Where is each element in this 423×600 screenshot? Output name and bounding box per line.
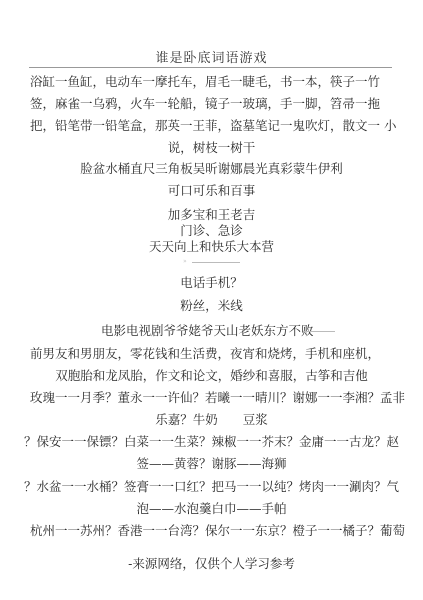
text-line: 门诊、急诊: [0, 223, 423, 239]
text-line: 天天向上和快乐大本营: [0, 239, 423, 255]
text-line: 杭州一一苏州？香港一一台湾？保尔一一东京？橙子一一橘子？葡萄: [0, 523, 423, 539]
footer-note: -来源网络，仅供个人学习参考: [0, 556, 423, 572]
text-line: 浴缸一鱼缸，电动车一摩托车，眉毛一睫毛，书一本，筷子一竹: [0, 74, 423, 90]
document-title: 谁是卧底词语游戏: [0, 47, 423, 66]
decorative-dash: [303, 331, 335, 332]
text-line: 签——黄蓉？谢豚——海狮: [0, 456, 423, 472]
text-line: ？水盆一一水桶？签膏一一口红？把马一一以纯？烤肉一一涮肉？气: [0, 479, 423, 495]
text-line: 说，树枝一树干: [0, 140, 423, 156]
text-line: 脸盆水桶直尺三角板吴昕谢娜晨光真彩蒙牛伊利: [0, 161, 423, 177]
text-line: 电话手机？: [0, 275, 423, 291]
text-line: 前男友和男朋友，零花钱和生活费，夜宵和烧烤，手机和座机，: [0, 346, 423, 362]
decorative-mark: »: [183, 258, 187, 265]
title-divider: [29, 67, 392, 68]
text-line: 把，铅笔带一铅笔盒，那英一王菲，盗墓笔记一鬼吹灯，散文一 小: [0, 118, 423, 134]
document-page: 谁是卧底词语游戏 浴缸一鱼缸，电动车一摩托车，眉毛一睫毛，书一本，筷子一竹 签，…: [0, 0, 423, 600]
text-line: 可口可乐和百事: [0, 183, 423, 199]
decorative-dash: [192, 262, 240, 263]
text-line: 粉丝，米线: [0, 298, 423, 314]
text-line: 签，麻雀一乌鸦，火车一轮船，镜子一玻璃，手一脚，笤帚一拖: [0, 96, 423, 112]
text-line: 双胞胎和龙凤胎，作文和论文，婚纱和喜服，古筝和吉他: [0, 368, 423, 384]
text-line: 电影电视剧爷爷姥爷天山老妖东方不败: [101, 323, 314, 339]
text-line: ？保安一一保镖？白菜一一生菜？辣椒一一芥末？金庸一一古龙？赵: [0, 434, 423, 450]
text-line: 玫瑰一一月季？董永一一许仙？若曦一一晴川？谢娜一一李湘？孟非: [0, 390, 423, 406]
text-line: 乐嘉？牛奶 豆浆: [0, 412, 423, 428]
text-line: 加多宝和王老吉: [0, 207, 423, 223]
text-line: 泡——水泡羹白巾——手帕: [0, 501, 423, 517]
